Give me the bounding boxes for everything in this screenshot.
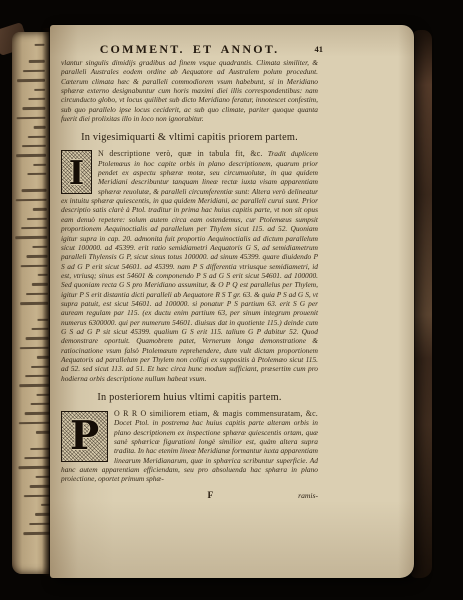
drop-cap-initial-i: I — [61, 150, 92, 194]
catchword: ramis- — [298, 491, 318, 500]
book-cover-edge — [411, 30, 432, 578]
paragraph-run-over: vlantur singulis dimidijs gradibus ad fi… — [61, 58, 318, 123]
paragraph-1-body: Tradit duplicem Ptolemæus in hoc capite … — [61, 149, 318, 382]
paragraph-section-1: I N descriptione verò, quæ in tabula fit… — [61, 149, 318, 383]
paragraph-2-lead: O R R O similiorem etiam, & magis commen… — [114, 409, 318, 418]
signature-mark: F — [207, 491, 213, 501]
page-number: 41 — [315, 44, 324, 54]
running-header-title: COMMENT. ET ANNOT. — [100, 42, 280, 56]
paragraph-section-2: P O R R O similiorem etiam, & magis comm… — [61, 409, 318, 484]
drop-cap-initial-p: P — [61, 411, 108, 462]
page-content: COMMENT. ET ANNOT. 41 vlantur singulis d… — [61, 40, 318, 504]
paragraph-1-lead: N descriptione verò, quæ in tabula fit, … — [98, 149, 263, 158]
book-scan-scene: COMMENT. ET ANNOT. 41 vlantur singulis d… — [0, 0, 463, 600]
section-heading-2: In posteriorem huius vltimi capitis part… — [61, 392, 318, 403]
running-header: COMMENT. ET ANNOT. 41 — [61, 40, 318, 55]
book-page: COMMENT. ET ANNOT. 41 vlantur singulis d… — [50, 25, 414, 578]
section-heading-1: In vigesimiquarti & vltimi capitis prior… — [61, 132, 318, 143]
page-footer: F ramis- — [61, 491, 318, 504]
